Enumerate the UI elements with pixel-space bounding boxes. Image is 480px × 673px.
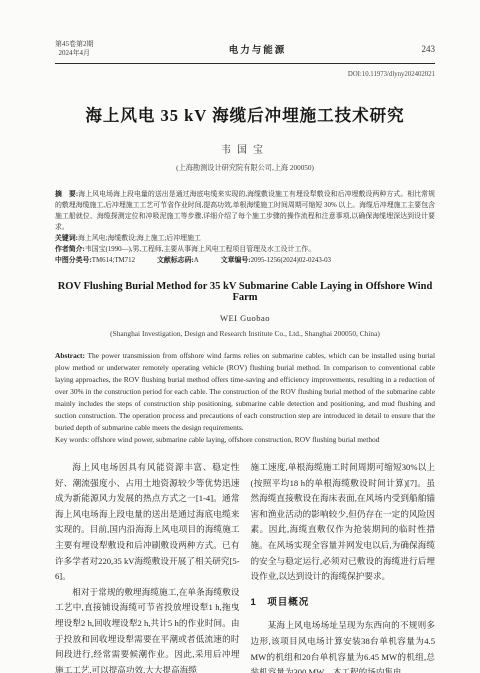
abstract-cn-text: 海上风电场海上段电量的送出是通过海底电缆来实现的,海缆敷设施工有埋设犁敷设和后冲… [55,191,435,231]
body-column-left: 海上风电场因具有风能资源丰富、稳定性好、潮流强度小、占用土地资源较少等优势迅速成… [55,460,240,673]
abstract-en-label: Abstract: [55,351,85,360]
clc-label: 中图分类号: [55,257,92,264]
affiliation-cn: (上海勘测设计研究院有限公司,上海 200050) [55,163,435,173]
doc-code-value: A [194,257,199,264]
issue-date: 2024年4月 [55,49,94,58]
author-bio-text: 韦国宝(1990—),男,工程师,主要从事海上风电工程项目管理及水工设计工作。 [85,246,315,253]
volume-issue: 第45卷第2期 [55,40,94,49]
volume-issue-block: 第45卷第2期 2024年4月 [55,40,94,58]
section-heading-1: 1 项目概况 [251,595,436,611]
keywords-en: Key words: offshore wind power, submarin… [55,434,435,446]
journal-header: 第45卷第2期 2024年4月 电力与能源 243 [55,40,435,58]
article-title-en: ROV Flushing Burial Method for 35 kV Sub… [55,281,435,303]
body-columns: 海上风电场因具有风能资源丰富、稳定性好、潮流强度小、占用土地资源较少等优势迅速成… [55,460,435,673]
body-column-right: 施工速度,单根海缆施工时间周期可缩短30%以上(按照平均18 h的单根海缆敷设时… [251,460,436,673]
keywords-cn-text: 海上风电;海缆敷设;海上施工;后冲埋施工 [78,235,201,242]
author-en: WEI Guobao [55,313,435,323]
abstract-en: Abstract: The power transmission from of… [55,350,435,434]
abstract-cn: 摘 要:海上风电场海上段电量的送出是通过海底电缆来实现的,海缆敷设施工有埋设犁敷… [55,189,435,233]
author-bio-label: 作者简介: [55,246,85,253]
journal-name: 电力与能源 [229,42,287,56]
paper-page: 第45卷第2期 2024年4月 电力与能源 243 DOI:10.11973/d… [0,0,480,673]
keywords-en-label: Key words: [55,435,89,444]
clc-number: 中图分类号:TM614;TM712 [55,255,135,266]
article-id-value: 2095-1256(2024)02-0243-03 [251,257,331,264]
classification-line: 中图分类号:TM614;TM712 文献标志码:A 文章编号:2095-1256… [55,255,435,266]
doc-code-label: 文献标志码: [157,257,194,264]
header-rule [55,63,435,64]
document-code: 文献标志码:A [157,255,199,266]
author-cn: 韦国宝 [55,141,435,156]
abstract-en-text: The power transmission from offshore win… [55,351,435,432]
article-title-cn: 海上风电 35 kV 海缆后冲埋施工技术研究 [55,102,435,126]
body-paragraph: 相对于常规的敷埋海缆施工,在单条海缆敷设工艺中,直接铺设海缆可节省投放埋设犁1 … [55,585,240,673]
article-id-label: 文章编号: [221,257,251,264]
doi: DOI:10.11973/dlyny202402021 [55,71,435,78]
keywords-en-text: offshore wind power, submarine cable lay… [91,435,379,444]
article-id: 文章编号:2095-1256(2024)02-0243-03 [221,255,331,266]
clc-value: TM614;TM712 [92,257,135,264]
keywords-cn-label: 关键词: [55,235,78,242]
keywords-cn: 关键词:海上风电;海缆敷设;海上施工;后冲埋施工 [55,233,435,244]
affiliation-en: (Shanghai Investigation, Design and Rese… [55,329,435,338]
body-paragraph: 某海上风电场场址呈现为东西向的不规则多边形,该项目风电场计算安装38台单机容量为… [251,618,436,673]
body-paragraph: 海上风电场因具有风能资源丰富、稳定性好、潮流强度小、占用土地资源较少等优势迅速成… [55,460,240,585]
page-number: 243 [421,44,435,54]
author-bio: 作者简介:韦国宝(1990—),男,工程师,主要从事海上风电工程项目管理及水工设… [55,244,435,255]
abstract-cn-label: 摘 要: [55,191,78,198]
body-paragraph: 施工速度,单根海缆施工时间周期可缩短30%以上(按照平均18 h的单根海缆敷设时… [251,460,436,585]
